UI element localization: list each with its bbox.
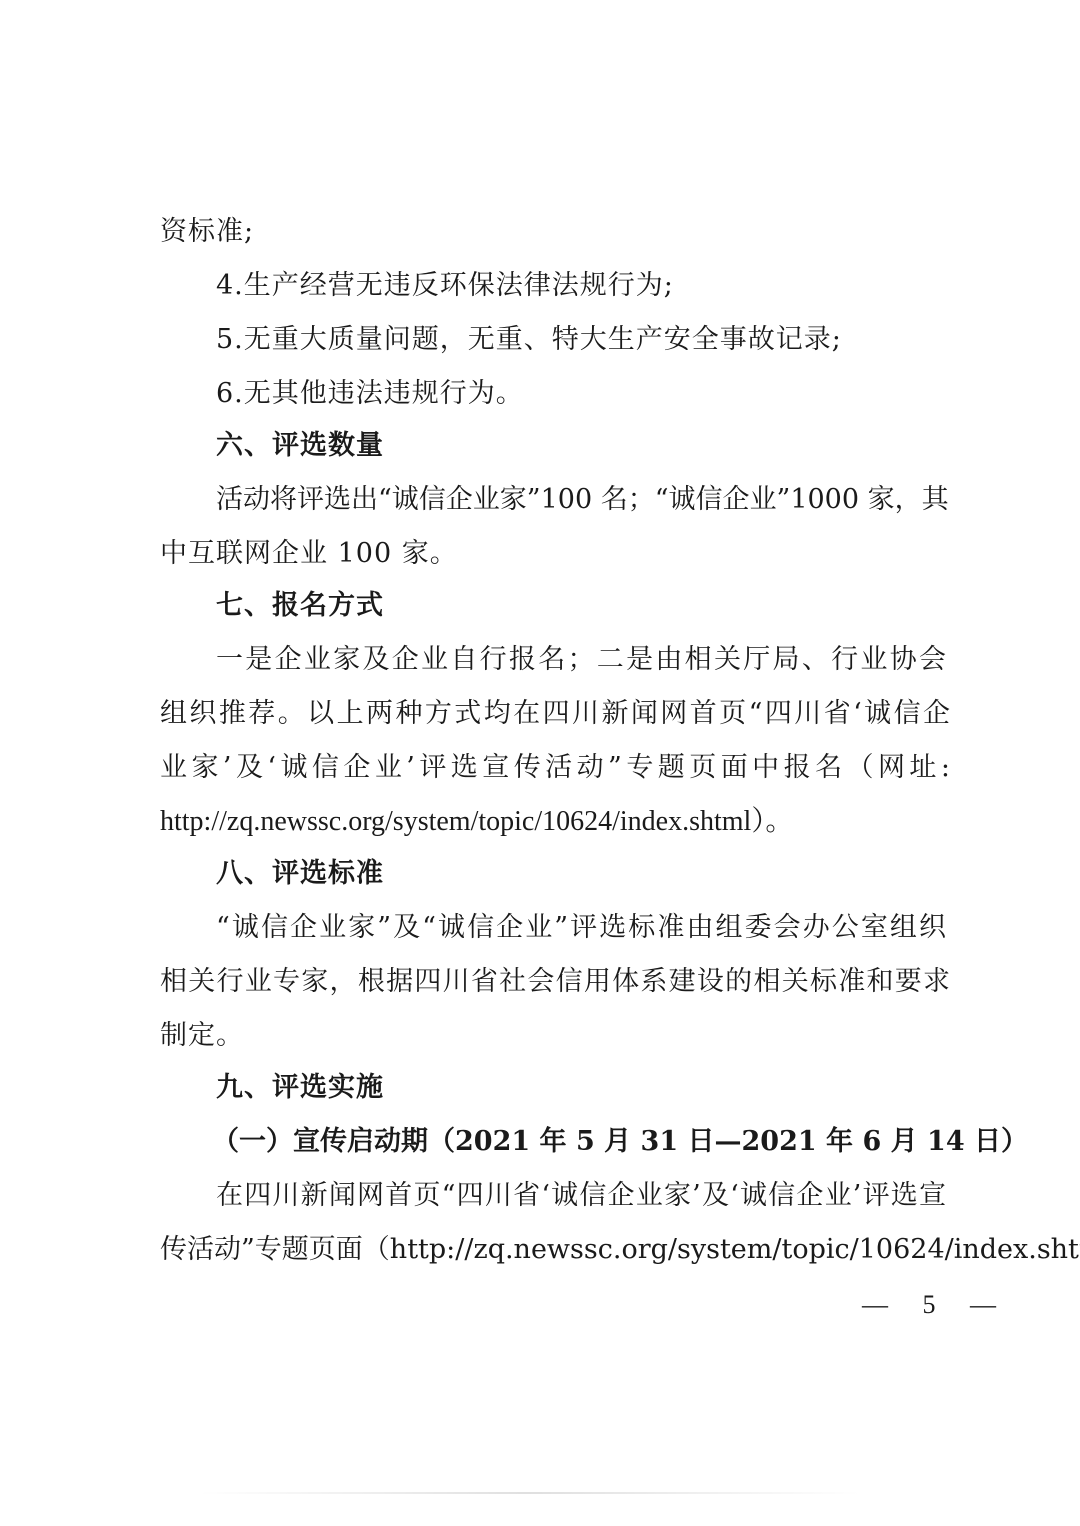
paragraph-line: 中互联网企业 100 家。 — [160, 536, 950, 572]
list-item-6: 6.无其他违法违规行为。 — [216, 376, 946, 412]
paragraph-line: 活动将评选出“诚信企业家”100 名；“诚信企业”1000 家，其 — [216, 482, 946, 518]
section-heading-9: 九、评选实施 — [216, 1070, 946, 1106]
scan-edge-shadow — [200, 1492, 860, 1494]
paragraph-line: “诚信企业家”及“诚信企业”评选标准由组委会办公室组织 — [216, 910, 946, 946]
list-item-5: 5.无重大质量问题，无重、特大生产安全事故记录; — [216, 322, 946, 358]
paragraph-line: 业家’及‘诚信企业’评选宣传活动”专题页面中报名（网址: — [160, 750, 950, 786]
subsection-heading-1: （一）宣传启动期（2021 年 5 月 31 日—2021 年 6 月 14 日… — [212, 1124, 950, 1160]
paragraph-line: 相关行业专家，根据四川省社会信用体系建设的相关标准和要求 — [160, 964, 950, 1000]
paragraph-line: 制定。 — [160, 1018, 950, 1054]
paragraph-line: 组织推荐。以上两种方式均在四川新闻网首页“四川省‘诚信企 — [160, 696, 950, 732]
section-heading-6: 六、评选数量 — [216, 428, 946, 464]
page-number: — 5 — — [862, 1290, 1010, 1320]
paragraph-continuation: 资标准; — [160, 214, 950, 250]
list-item-4: 4.生产经营无违反环保法律法规行为; — [216, 268, 946, 304]
paragraph-line: 一是企业家及企业自行报名；二是由相关厅局、行业协会 — [216, 642, 946, 678]
registration-url: http://zq.newssc.org/system/topic/10624/… — [160, 804, 950, 840]
paragraph-line: 在四川新闻网首页“四川省‘诚信企业家’及‘诚信企业’评选宣 — [216, 1178, 946, 1214]
document-page: 资标准; 4.生产经营无违反环保法律法规行为; 5.无重大质量问题，无重、特大生… — [0, 0, 1080, 1526]
paragraph-line: 传活动”专题页面（http://zq.newssc.org/system/top… — [160, 1232, 950, 1268]
section-heading-7: 七、报名方式 — [216, 588, 946, 624]
section-heading-8: 八、评选标准 — [216, 856, 946, 892]
